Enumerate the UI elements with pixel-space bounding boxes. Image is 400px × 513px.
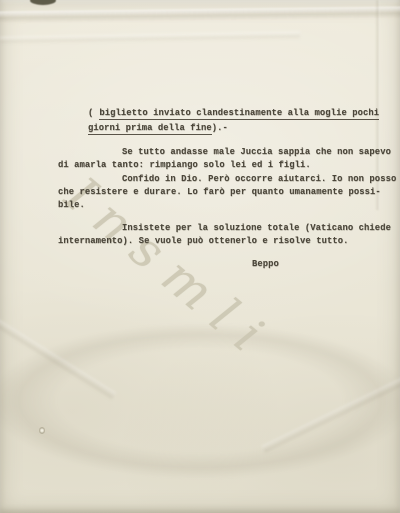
paragraph-1: Se tutto andasse male Juccia sappia che … <box>58 146 394 172</box>
paragraph-3: Insistete per la soluzione totale (Vatic… <box>58 222 394 248</box>
paper-speck <box>39 427 45 434</box>
text-line: che resistere e durare. Lo farò per quan… <box>58 186 394 199</box>
document-heading: (biglietto inviato clandestinamente alla… <box>88 106 379 136</box>
text-line: Insistete per la soluzione totale (Vatic… <box>58 222 394 235</box>
paper-crease-bottom-right <box>261 371 400 455</box>
scanned-letter-page: Insmli (biglietto inviato clandestinamen… <box>0 0 400 513</box>
scan-edge-mark <box>30 0 56 5</box>
paper-crease-top <box>0 6 400 23</box>
signature: Beppo <box>252 258 279 271</box>
paper-crease-upper <box>0 31 300 44</box>
paper-crease-bottom-arc <box>0 320 400 500</box>
text-line: di amarla tanto: rimpiango solo lei ed i… <box>58 159 394 172</box>
paper-crease-bottom-left <box>0 313 116 401</box>
text-line: Confido in Dio. Però occorre aiutarci. I… <box>58 173 394 186</box>
heading-underlined-line1: biglietto inviato clandestinamente alla … <box>99 108 379 120</box>
paragraph-2: Confido in Dio. Però occorre aiutarci. I… <box>58 173 394 212</box>
text-line: Se tutto andasse male Juccia sappia che … <box>58 146 394 159</box>
heading-open-paren: ( <box>88 108 93 118</box>
heading-closing: ).- <box>212 123 228 133</box>
text-line: bile. <box>58 199 394 212</box>
text-line: internamento). Se vuole può ottenerlo e … <box>58 235 394 248</box>
heading-underlined-line2: giorni prima della fine <box>88 123 212 135</box>
